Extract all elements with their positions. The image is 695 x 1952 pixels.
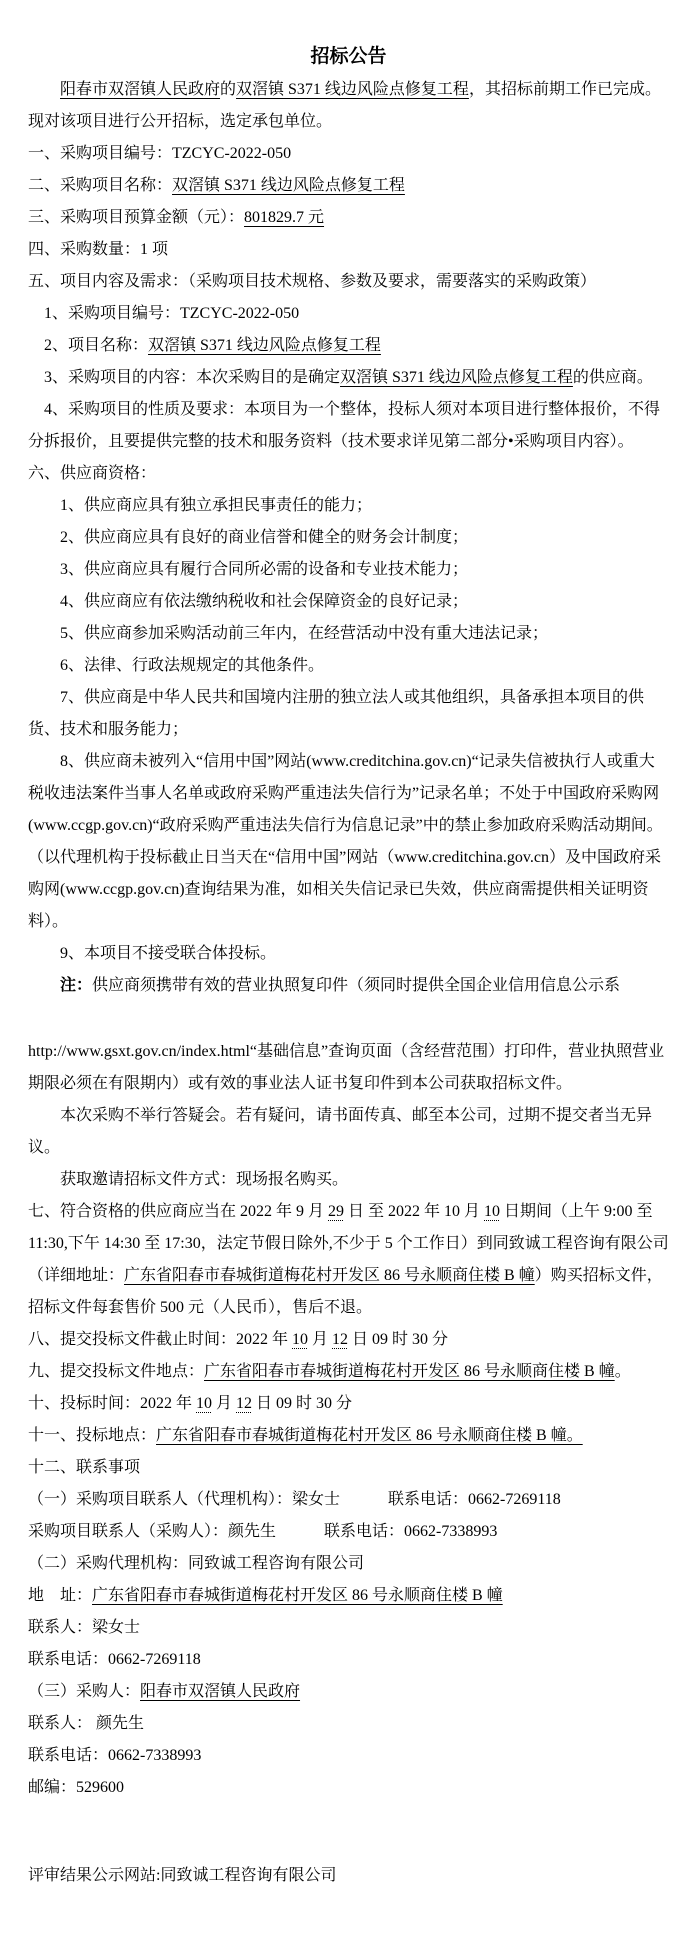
doc-line: 九、提交投标文件地点：广东省阳春市春城街道梅花村开发区 86 号永顺商住楼 B … <box>28 1356 669 1388</box>
text-segment: 联系人：梁女士 <box>28 1619 140 1636</box>
text-segment: 4、供应商应有依法缴纳税收和社会保障资金的良好记录； <box>60 593 468 610</box>
text-segment: 8、供应商未被列入“信用中国”网站(www.creditchina.gov.cn… <box>28 753 663 930</box>
doc-line: 六、供应商资格： <box>28 458 669 490</box>
doc-line: 3、采购项目的内容：本次采购目的是确定双滘镇 S371 线边风险点修复工程的供应… <box>28 362 669 394</box>
text-segment: （二）采购代理机构：同致诚工程咨询有限公司 <box>28 1555 364 1572</box>
doc-line: （一）采购项目联系人（代理机构）：梁女士 联系电话：0662-7269118 <box>28 1484 669 1516</box>
underlined-text: 12 <box>236 1395 252 1412</box>
text-segment: 9、本项目不接受联合体投标。 <box>60 945 276 962</box>
doc-line: 8、供应商未被列入“信用中国”网站(www.creditchina.gov.cn… <box>28 746 669 938</box>
underlined-text: 广东省阳春市春城街道梅花村开发区 86 号永顺商住楼 B 幢 <box>204 1363 615 1380</box>
text-segment: 获取邀请招标文件方式：现场报名购买。 <box>60 1171 348 1188</box>
text-segment: 八、提交投标文件截止时间：2022 年 <box>28 1331 292 1348</box>
text-segment: 本次采购不举行答疑会。若有疑问，请书面传真、邮至本公司，过期不提交者当无异议。 <box>28 1107 652 1156</box>
text-segment: 4、采购项目的性质及要求：本项目为一个整体，投标人须对本项目进行整体报价，不得分… <box>28 401 660 450</box>
document-title: 招标公告 <box>28 40 669 74</box>
doc-line: （三）采购人：阳春市双滘镇人民政府 <box>28 1676 669 1708</box>
doc-line: 9、本项目不接受联合体投标。 <box>28 938 669 970</box>
doc-line: 一、采购项目编号：TZCYC-2022-050 <box>28 138 669 170</box>
underlined-text: 广东省阳春市春城街道梅花村开发区 86 号永顺商住楼 B 幢。 <box>156 1427 583 1444</box>
doc-line: 1、采购项目编号：TZCYC-2022-050 <box>28 298 669 330</box>
text-segment: 的 <box>220 81 236 98</box>
doc-line: 联系人：梁女士 <box>28 1612 669 1644</box>
doc-line: 2、供应商应具有良好的商业信誉和健全的财务会计制度； <box>28 522 669 554</box>
doc-line: 阳春市双滘镇人民政府的双滘镇 S371 线边风险点修复工程，其招标前期工作已完成… <box>28 74 669 138</box>
doc-line: 三、采购项目预算金额（元）：801829.7 元 <box>28 202 669 234</box>
doc-line: 地 址：广东省阳春市春城街道梅花村开发区 86 号永顺商住楼 B 幢 <box>28 1580 669 1612</box>
text-segment: 供应商须携带有效的营业执照复印件（须同时提供全国企业信用信息公示系 <box>92 977 620 994</box>
underlined-text: 双滘镇 S371 线边风险点修复工程 <box>340 369 573 386</box>
doc-line: 本次采购不举行答疑会。若有疑问，请书面传真、邮至本公司，过期不提交者当无异议。 <box>28 1100 669 1164</box>
text-segment: （一）采购项目联系人（代理机构）：梁女士 联系电话：0662-7269118 <box>28 1491 561 1508</box>
doc-line: （二）采购代理机构：同致诚工程咨询有限公司 <box>28 1548 669 1580</box>
doc-line: 采购项目联系人（采购人）：颜先生 联系电话：0662-7338993 <box>28 1516 669 1548</box>
doc-line: 2、项目名称：双滘镇 S371 线边风险点修复工程 <box>28 330 669 362</box>
doc-line: 五、项目内容及需求：（采购项目技术规格、参数及要求，需要落实的采购政策） <box>28 266 669 298</box>
text-segment: 的供应商。 <box>573 369 653 386</box>
text-segment: 九、提交投标文件地点： <box>28 1363 204 1380</box>
doc-line: 评审结果公示网站:同致诚工程咨询有限公司 <box>28 1860 669 1892</box>
underlined-text: 广东省阳春市春城街道梅花村开发区 86 号永顺商住楼 B 幢 <box>124 1267 535 1284</box>
underlined-text: 10 <box>292 1331 308 1348</box>
underlined-text: 10 <box>196 1395 212 1412</box>
underlined-text: 801829.7 元 <box>244 209 324 226</box>
doc-line: 十二、联系事项 <box>28 1452 669 1484</box>
text-segment: 三、采购项目预算金额（元）： <box>28 209 244 226</box>
text-segment: 一、采购项目编号：TZCYC-2022-050 <box>28 145 291 162</box>
text-segment: 联系人： 颜先生 <box>28 1715 144 1732</box>
text-segment: 5、供应商参加采购活动前三年内，在经营活动中没有重大违法记录； <box>60 625 548 642</box>
text-segment: 2、供应商应具有良好的商业信誉和健全的财务会计制度； <box>60 529 468 546</box>
underlined-text: 双滘镇 S371 线边风险点修复工程 <box>148 337 381 354</box>
underlined-text: 双滘镇 S371 线边风险点修复工程 <box>172 177 405 194</box>
text-segment: 联系电话：0662-7269118 <box>28 1651 201 1668</box>
doc-line: 十、投标时间：2022 年 10 月 12 日 09 时 30 分 <box>28 1388 669 1420</box>
text-segment: 6、法律、行政法规规定的其他条件。 <box>60 657 324 674</box>
text-segment: 采购项目联系人（采购人）：颜先生 联系电话：0662-7338993 <box>28 1523 497 1540</box>
text-segment: 日 09 时 30 分 <box>252 1395 352 1412</box>
doc-line: http://www.gsxt.gov.cn/index.html“基础信息”查… <box>28 1036 669 1100</box>
doc-line: 十一、投标地点：广东省阳春市春城街道梅花村开发区 86 号永顺商住楼 B 幢。 <box>28 1420 669 1452</box>
doc-line: 6、法律、行政法规规定的其他条件。 <box>28 650 669 682</box>
text-segment: 7、供应商是中华人民共和国境内注册的独立法人或其他组织，具备承担本项目的供货、技… <box>28 689 644 738</box>
underlined-text: 双滘镇 S371 线边风险点修复工程 <box>236 81 469 98</box>
text-segment: 七、符合资格的供应商应当在 2022 年 9 月 <box>28 1203 328 1220</box>
text-segment: 四、采购数量：1 项 <box>28 241 168 258</box>
doc-line: 4、采购项目的性质及要求：本项目为一个整体，投标人须对本项目进行整体报价，不得分… <box>28 394 669 458</box>
doc-line: 四、采购数量：1 项 <box>28 234 669 266</box>
text-segment: 。 <box>615 1363 631 1380</box>
doc-line: 1、供应商应具有独立承担民事责任的能力； <box>28 490 669 522</box>
tender-announcement-document: 招标公告 阳春市双滘镇人民政府的双滘镇 S371 线边风险点修复工程，其招标前期… <box>0 0 695 1952</box>
underlined-text: 阳春市双滘镇人民政府 <box>60 81 220 98</box>
text-segment: 十二、联系事项 <box>28 1459 140 1476</box>
doc-line: 联系人： 颜先生 <box>28 1708 669 1740</box>
text-segment: 评审结果公示网站:同致诚工程咨询有限公司 <box>28 1867 336 1884</box>
text-segment: 1、采购项目编号：TZCYC-2022-050 <box>44 305 299 322</box>
text-segment: 联系电话：0662-7338993 <box>28 1747 201 1764</box>
underlined-text: 12 <box>332 1331 348 1348</box>
underlined-text: 阳春市双滘镇人民政府 <box>140 1683 300 1700</box>
text-segment: 十、投标时间：2022 年 <box>28 1395 196 1412</box>
doc-line: 4、供应商应有依法缴纳税收和社会保障资金的良好记录； <box>28 586 669 618</box>
underlined-text: 29 <box>328 1203 344 1220</box>
doc-line: 七、符合资格的供应商应当在 2022 年 9 月 29 日 至 2022 年 1… <box>28 1196 669 1324</box>
text-segment: 五、项目内容及需求：（采购项目技术规格、参数及要求，需要落实的采购政策） <box>28 273 596 290</box>
text-segment: 月 <box>308 1331 332 1348</box>
doc-line: 注：供应商须携带有效的营业执照复印件（须同时提供全国企业信用信息公示系 <box>28 970 669 1002</box>
text-segment: 2、项目名称： <box>44 337 148 354</box>
doc-line: 3、供应商应具有履行合同所必需的设备和专业技术能力； <box>28 554 669 586</box>
document-body: 阳春市双滘镇人民政府的双滘镇 S371 线边风险点修复工程，其招标前期工作已完成… <box>28 74 669 1892</box>
text-segment: http://www.gsxt.gov.cn/index.html“基础信息”查… <box>28 1043 664 1092</box>
text-segment: 1、供应商应具有独立承担民事责任的能力； <box>60 497 372 514</box>
underlined-text: 广东省阳春市春城街道梅花村开发区 86 号永顺商住楼 B 幢 <box>92 1587 503 1604</box>
text-segment: 3、采购项目的内容：本次采购目的是确定 <box>44 369 340 386</box>
doc-line: 邮编：529600 <box>28 1772 669 1804</box>
text-segment: 六、供应商资格： <box>28 465 156 482</box>
doc-line: 八、提交投标文件截止时间：2022 年 10 月 12 日 09 时 30 分 <box>28 1324 669 1356</box>
text-segment: 邮编：529600 <box>28 1779 124 1796</box>
text-segment: 日 09 时 30 分 <box>348 1331 448 1348</box>
text-segment: 二、采购项目名称： <box>28 177 172 194</box>
text-segment: 3、供应商应具有履行合同所必需的设备和专业技术能力； <box>60 561 468 578</box>
doc-line: 联系电话：0662-7338993 <box>28 1740 669 1772</box>
text-segment: 注： <box>60 977 92 994</box>
doc-line: 联系电话：0662-7269118 <box>28 1644 669 1676</box>
text-segment: 日 至 2022 年 10 月 <box>344 1203 484 1220</box>
text-segment: 地 址： <box>28 1587 92 1604</box>
text-segment: 十一、投标地点： <box>28 1427 156 1444</box>
text-segment: 月 <box>212 1395 236 1412</box>
doc-line: 二、采购项目名称：双滘镇 S371 线边风险点修复工程 <box>28 170 669 202</box>
doc-line: 7、供应商是中华人民共和国境内注册的独立法人或其他组织，具备承担本项目的供货、技… <box>28 682 669 746</box>
doc-line: 获取邀请招标文件方式：现场报名购买。 <box>28 1164 669 1196</box>
text-segment: （三）采购人： <box>28 1683 140 1700</box>
doc-line: 5、供应商参加采购活动前三年内，在经营活动中没有重大违法记录； <box>28 618 669 650</box>
underlined-text: 10 <box>484 1203 500 1220</box>
